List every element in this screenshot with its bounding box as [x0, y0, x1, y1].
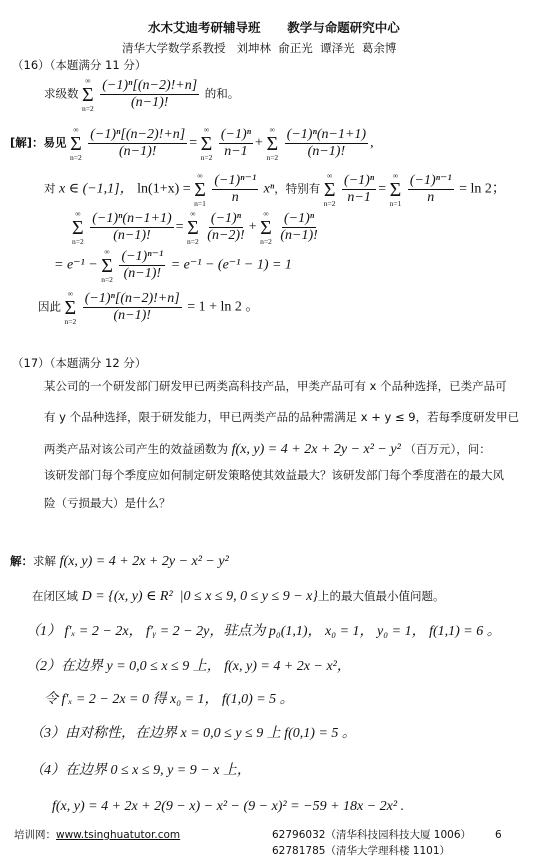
prompt-prefix: 求级数 — [44, 87, 79, 101]
header-title: 水木艾迪考研辅导班 教学与命题研究中心 — [148, 22, 400, 35]
ln-expr: ln(1+x) = — [137, 182, 191, 197]
sum-symbol: ∞Σn=2 — [72, 210, 84, 245]
problem17-para-line4: 该研发部门每个季度应如何制定研发策略使其效益最大？该研发部门每个季度潜在的最大风 — [44, 470, 504, 482]
expr: = e⁻¹ − — [54, 258, 98, 273]
sum-symbol: ∞Σn=2 — [101, 248, 113, 283]
sum-symbol: ∞Σn=2 — [65, 290, 77, 325]
text: 两类产品对该公司产生的效益函数为 — [44, 442, 228, 456]
solution17-step4b: f(x, y) = 4 + 2x + 2(9 − x) − x² − (9 − … — [52, 800, 404, 814]
solution17-line2: 在闭区域 D = {(x, y) ∈ R² |0 ≤ x ≤ 9, 0 ≤ y … — [32, 590, 444, 604]
prompt-suffix: 的和。 — [205, 87, 240, 101]
page-number: 6 — [495, 830, 502, 841]
problem16-label: （16）（本题满分 11 分） — [12, 60, 146, 72]
site-link[interactable]: www.tsinghuatutor.com — [56, 829, 180, 841]
fraction: (−1)ⁿ(n−1+1)(n−1)! — [90, 212, 173, 243]
header-title-right: 教学与命题研究中心 — [287, 20, 400, 35]
problem17-para-line5: 险（亏损最大）是什么？ — [44, 498, 171, 510]
solution16-line4: = e⁻¹ − ∞Σn=2 (−1)ⁿ⁻¹(n−1)! = e⁻¹ − (e⁻¹… — [54, 248, 292, 283]
solution17-step3: （3）由对称性，在边界 x = 0,0 ≤ y ≤ 9 上 f(0,1) = 5… — [30, 727, 356, 741]
sum-symbol: ∞Σn=2 — [187, 210, 199, 245]
fraction: (−1)ⁿ(n−1)! — [278, 212, 319, 243]
site-label: 培训网： — [14, 829, 56, 841]
solution-label: 解： — [10, 554, 33, 568]
fraction: (−1)ⁿn−1 — [219, 128, 253, 159]
expr: = e⁻¹ − (e⁻¹ − 1) = 1 — [171, 258, 292, 273]
fraction: (−1)ⁿ⁻¹n — [408, 174, 454, 205]
sum-symbol: ∞Σn=2 — [266, 126, 278, 161]
problem16-prompt: 求级数 ∞Σn=2 (−1)ⁿ[(n−2)!+n](n−1)! 的和。 — [44, 77, 239, 112]
series-fraction: (−1)ⁿ[(n−2)!+n](n−1)! — [100, 79, 199, 110]
text: 求解 — [33, 554, 56, 568]
solution-label: [解]：易见 — [10, 136, 67, 150]
text: 对 — [44, 182, 56, 196]
formula: D = {(x, y) ∈ R² |0 ≤ x ≤ 9, 0 ≤ y ≤ 9 −… — [82, 589, 318, 604]
formula: f(x, y) = 4 + 2x + 2y − x² − y² — [60, 554, 229, 569]
text: （百万元），问： — [404, 442, 490, 456]
footer-phone1: 62796032（清华科技园科技大厦 1006） — [272, 830, 471, 841]
solution17-step2b: 令 f′ₓ = 2 − 2x = 0 得 x₀ = 1， f(1,0) = 5 … — [44, 693, 294, 707]
solution16-line1: [解]：易见 ∞Σn=2 (−1)ⁿ[(n−2)!+n](n−1)!= ∞Σn=… — [10, 126, 374, 161]
problem17-label: （17）（本题满分 12 分） — [12, 358, 146, 370]
solution17-step2a: （2）在边界 y = 0,0 ≤ x ≤ 9 上， f(x, y) = 4 + … — [26, 660, 351, 674]
fraction: (−1)ⁿ(n−2)! — [205, 212, 246, 243]
fraction: (−1)ⁿn−1 — [342, 174, 376, 205]
sum-symbol: ∞Σn=2 — [201, 126, 213, 161]
formula: f(x, y) = 4 + 2x + 2y − x² − y² — [232, 442, 401, 457]
problem17-para-line2: 有 y 个品种选择，限于研发能力，甲已两类产品的品种需满足 x + y ≤ 9，… — [44, 412, 519, 424]
sum-symbol: ∞Σn=2 — [70, 126, 82, 161]
solution16-line3: ∞Σn=2 (−1)ⁿ(n−1+1)(n−1)!= ∞Σn=2 (−1)ⁿ(n−… — [72, 210, 322, 245]
fraction: (−1)ⁿ⁻¹(n−1)! — [119, 250, 165, 281]
solution16-line2: 对 x ∈ (−1,1]， ln(1+x) = ∞Σn=1 (−1)ⁿ⁻¹n x… — [44, 172, 506, 207]
solution17-line1: 解：求解 f(x, y) = 4 + 2x + 2y − x² − y² — [10, 555, 229, 569]
footer-site: 培训网：www.tsinghuatutor.com — [14, 830, 180, 841]
sum-symbol: ∞Σn=2 — [82, 77, 94, 112]
text: 因此 — [38, 300, 61, 314]
solution17-step1: （1） f′ₓ = 2 − 2x， f′ᵧ = 2 − 2y，驻点为 p₀(1,… — [26, 625, 501, 639]
fraction: (−1)ⁿ(n−1+1)(n−1)! — [285, 128, 368, 159]
problem17-para-line1: 某公司的一个研发部门研发甲已两类高科技产品，甲类产品可有 x 个品种选择，已类产… — [44, 381, 507, 393]
domain-expr: x ∈ (−1,1]， — [59, 182, 134, 197]
power-term: xⁿ — [264, 182, 275, 197]
solution17-step4a: （4）在边界 0 ≤ x ≤ 9, y = 9 − x 上， — [30, 764, 251, 778]
result: = ln 2； — [459, 182, 506, 197]
header-title-left: 水木艾迪考研辅导班 — [148, 20, 261, 35]
sum-symbol: ∞Σn=2 — [324, 172, 336, 207]
fraction: (−1)ⁿ⁻¹n — [212, 174, 258, 205]
fraction: (−1)ⁿ[(n−2)!+n](n−1)! — [83, 292, 182, 323]
fraction: (−1)ⁿ[(n−2)!+n](n−1)! — [88, 128, 187, 159]
text: 在闭区域 — [32, 589, 78, 603]
footer-phone2: 62781785（清华大学理科楼 1101） — [272, 846, 450, 857]
text: ，特别有 — [274, 182, 320, 196]
text: 上的最大值最小值问题。 — [318, 589, 445, 603]
sum-symbol: ∞Σn=1 — [390, 172, 402, 207]
result: = 1 + ln 2 。 — [187, 300, 259, 315]
problem17-para-line3: 两类产品对该公司产生的效益函数为 f(x, y) = 4 + 2x + 2y −… — [44, 443, 491, 457]
header-authors: 清华大学数学系教授 刘坤林 俞正光 谭泽光 葛余博 — [122, 43, 396, 55]
sum-symbol: ∞Σn=1 — [194, 172, 206, 207]
sum-symbol: ∞Σn=2 — [260, 210, 272, 245]
solution16-conclusion: 因此 ∞Σn=2 (−1)ⁿ[(n−2)!+n](n−1)! = 1 + ln … — [38, 290, 259, 325]
